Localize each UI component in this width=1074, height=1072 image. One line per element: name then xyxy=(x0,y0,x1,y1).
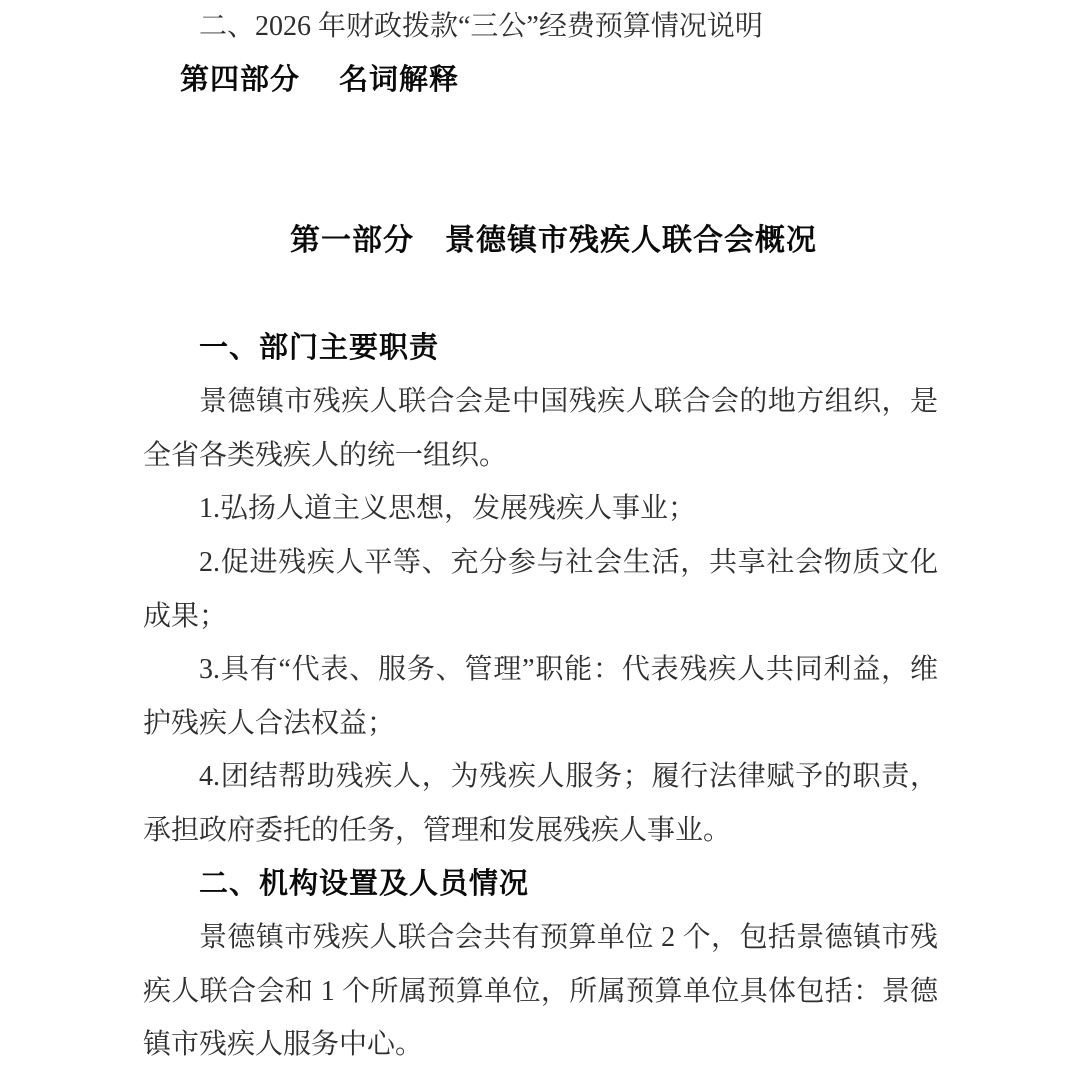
duty-item-2: 2.促进残疾人平等、充分参与社会生活，共享社会物质文化成果； xyxy=(143,536,938,643)
document-page: 二、2026 年财政拨款“三公”经费预算情况说明 第四部分 名词解释 第一部分 … xyxy=(0,0,1074,1072)
blank-gap-below-title xyxy=(143,268,938,322)
section2-heading-organization: 二、机构设置及人员情况 xyxy=(143,858,938,912)
part1-title: 第一部分 景德镇市残疾人联合会概况 xyxy=(143,214,938,268)
duty-item-1: 1.弘扬人道主义思想，发展残疾人事业； xyxy=(143,482,938,536)
duty-item-3: 3.具有“代表、服务、管理”职能：代表残疾人共同利益，维护残疾人合法权益； xyxy=(143,643,938,750)
document-content-column: 二、2026 年财政拨款“三公”经费预算情况说明 第四部分 名词解释 第一部分 … xyxy=(143,0,938,1072)
section1-intro-paragraph: 景德镇市残疾人联合会是中国残疾人联合会的地方组织，是全省各类残疾人的统一组织。 xyxy=(143,375,938,482)
toc-part4-heading: 第四部分 名词解释 xyxy=(180,54,938,108)
section1-heading-duties: 一、部门主要职责 xyxy=(143,322,938,376)
blank-gap-above-title xyxy=(143,107,938,214)
duty-item-4: 4.团结帮助残疾人，为残疾人服务；履行法律赋予的职责，承担政府委托的任务，管理和… xyxy=(143,750,938,857)
section2-budget-units-paragraph: 景德镇市残疾人联合会共有预算单位 2 个，包括景德镇市残疾人联合会和 1 个所属… xyxy=(143,911,938,1072)
toc-item-sangong-budget-note: 二、2026 年财政拨款“三公”经费预算情况说明 xyxy=(143,0,938,54)
